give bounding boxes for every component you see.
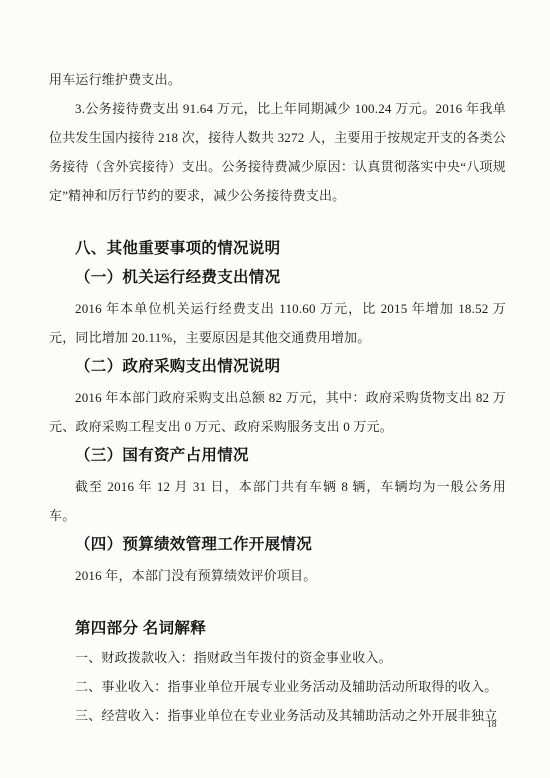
paragraph: 2016 年本部门政府采购支出总额 82 万元，其中：政府采购货物支出 82 万… [49,383,506,441]
paragraph: 3.公务接待费支出 91.64 万元，比上年同期减少 100.24 万元。201… [49,94,506,210]
subsection-heading: （三）国有资产占用情况 [49,441,506,470]
paragraph: 2016 年本单位机关运行经费支出 110.60 万元，比 2015 年增加 1… [49,294,506,352]
section-heading: 八、其他重要事项的情况说明 [49,234,506,263]
paragraph: 2016 年，本部门没有预算绩效评价项目。 [49,561,506,590]
definition-item: 二、事业收入：指事业单位开展专业业务活动及辅助活动所取得的收入。 [49,672,506,701]
subsection-heading: （二）政府采购支出情况说明 [49,352,506,381]
page-number: 18 [487,719,497,731]
document-body: 用车运行维护费支出。3.公务接待费支出 91.64 万元，比上年同期减少 100… [49,65,506,730]
subsection-heading: （四）预算绩效管理工作开展情况 [49,530,506,559]
section-heading: 第四部分 名词解释 [49,614,506,643]
definition-item: 三、经营收入：指事业单位在专业业务活动及其辅助活动之外开展非独立 [49,701,506,730]
paragraph-continuation: 用车运行维护费支出。 [49,65,506,94]
paragraph: 截至 2016 年 12 月 31 日，本部门共有车辆 8 辆，车辆均为一般公务… [49,472,506,530]
subsection-heading: （一）机关运行经费支出情况 [49,263,506,292]
definition-item: 一、财政拨款收入：指财政当年拨付的资金事业收入。 [49,643,506,672]
document-page: 用车运行维护费支出。3.公务接待费支出 91.64 万元，比上年同期减少 100… [0,0,550,778]
